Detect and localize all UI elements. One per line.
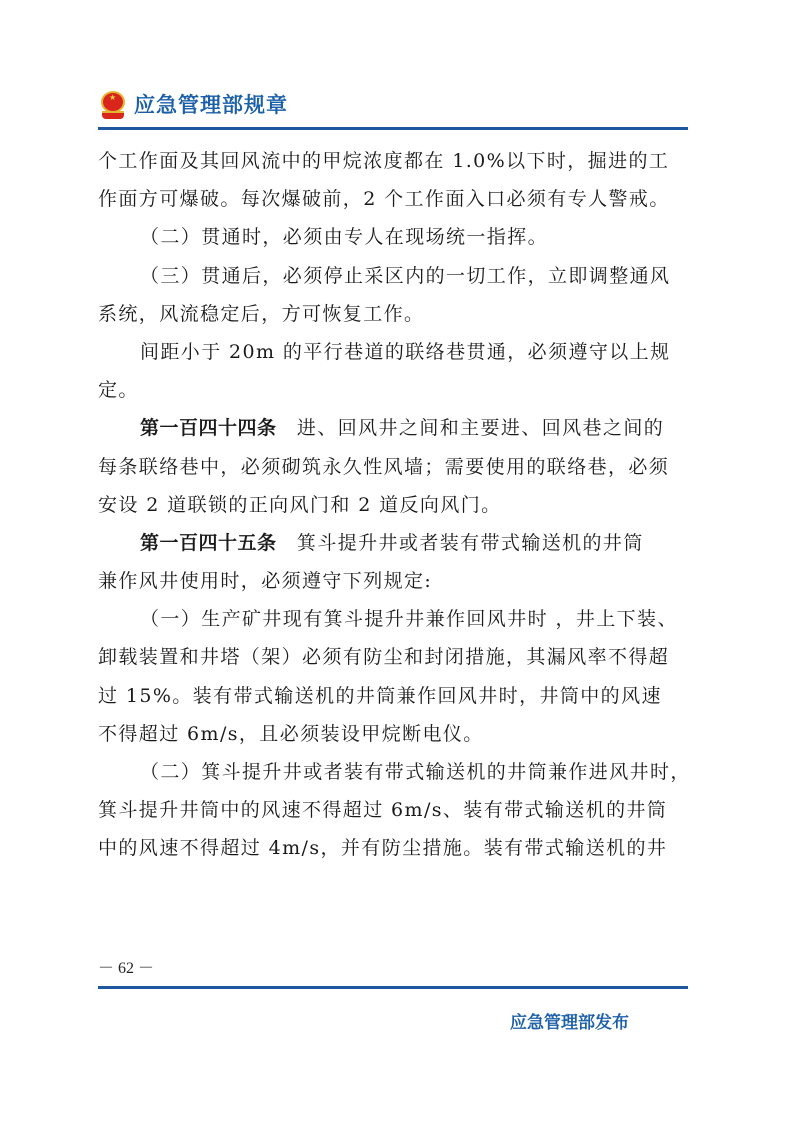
- article-144-heading: 第一百四十四条 进、回风井之间和主要进、回风巷之间的: [98, 409, 690, 447]
- article-number: 第一百四十五条: [140, 532, 277, 554]
- text-line: 定。: [98, 371, 690, 409]
- page-number: － 62 －: [98, 955, 154, 978]
- header-title: 应急管理部规章: [134, 89, 288, 119]
- text-line: 兼作风井使用时，必须遵守下列规定:: [98, 562, 690, 600]
- text-line: 箕斗提升井筒中的风速不得超过 6m/s、装有带式输送机的井筒: [98, 791, 690, 829]
- article-number: 第一百四十四条: [140, 417, 277, 439]
- text-line: （二）箕斗提升井或者装有带式输送机的井筒兼作进风井时，: [98, 753, 690, 791]
- text-line: 作面方可爆破。每次爆破前，2 个工作面入口必须有专人警戒。: [98, 180, 690, 218]
- text-line: （二）贯通时，必须由专人在现场统一指挥。: [98, 218, 690, 256]
- text-line: 过 15%。装有带式输送机的井筒兼作回风井时，井筒中的风速: [98, 677, 690, 715]
- header-divider: [98, 127, 688, 130]
- text-line: 个工作面及其回风流中的甲烷浓度都在 1.0%以下时，掘进的工: [98, 142, 690, 180]
- document-body: 个工作面及其回风流中的甲烷浓度都在 1.0%以下时，掘进的工 作面方可爆破。每次…: [98, 142, 690, 868]
- footer-publisher: 应急管理部发布: [510, 1008, 629, 1033]
- text-line: 卸载装置和井塔（架）必须有防尘和封闭措施，其漏风率不得超: [98, 638, 690, 676]
- text-line: （三）贯通后，必须停止采区内的一切工作，立即调整通风: [98, 257, 690, 295]
- text-line: 间距小于 20m 的平行巷道的联络巷贯通，必须遵守以上规: [98, 333, 690, 371]
- text-line: （一）生产矿井现有箕斗提升井兼作回风井时 ，井上下装、: [98, 600, 690, 638]
- text-line: 安设 2 道联锁的正向风门和 2 道反向风门。: [98, 486, 690, 524]
- text-line: 系统，风流稳定后，方可恢复工作。: [98, 295, 690, 333]
- footer-divider: [98, 986, 688, 989]
- national-emblem-icon: ★: [98, 89, 128, 119]
- text-line: 中的风速不得超过 4m/s，并有防尘措施。装有带式输送机的井: [98, 829, 690, 867]
- page-header: ★ 应急管理部规章: [98, 86, 288, 122]
- article-145-heading: 第一百四十五条 箕斗提升井或者装有带式输送机的井筒: [98, 524, 690, 562]
- text-line: 每条联络巷中，必须砌筑永久性风墙；需要使用的联络巷，必须: [98, 448, 690, 486]
- text-line: 不得超过 6m/s，且必须装设甲烷断电仪。: [98, 715, 690, 753]
